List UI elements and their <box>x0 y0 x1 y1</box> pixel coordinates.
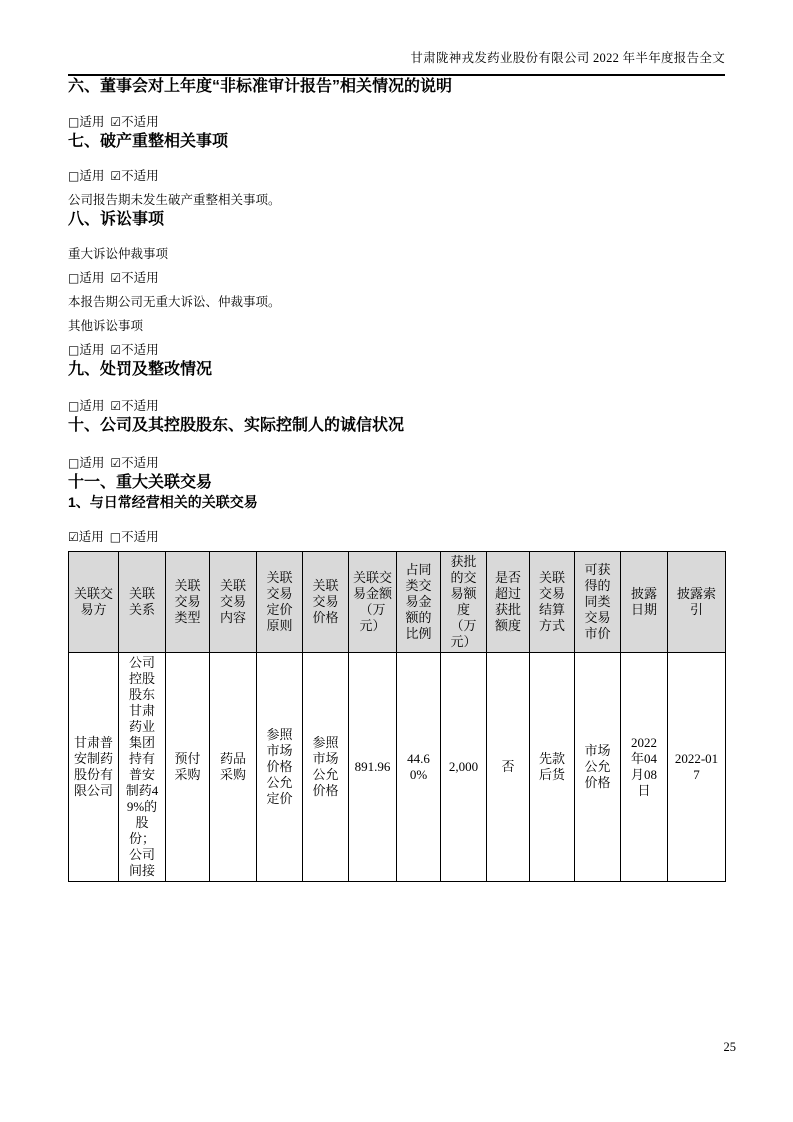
checkbox-unchecked-icon: □ <box>68 169 79 183</box>
applicable-label: 适用 <box>79 530 104 544</box>
checkbox-checked-icon: ☑ <box>110 115 121 129</box>
not-applicable-label: 不适用 <box>121 115 159 129</box>
not-applicable-label: 不适用 <box>121 271 159 285</box>
table-cell-type: 预付采购 <box>166 653 210 882</box>
applicable-label: 适用 <box>79 343 104 357</box>
table-header-cell: 占同类交易金额的比例 <box>397 552 441 653</box>
table-row: 甘肃普安制药股份有限公司 公司控股股东甘肃药业集团持有普安制药49%的股份；公司… <box>69 653 726 882</box>
table-cell-amount: 891.96 <box>349 653 397 882</box>
not-applicable-label: 不适用 <box>121 399 159 413</box>
page-number: 25 <box>724 1040 737 1055</box>
major-litigation-label: 重大诉讼仲裁事项 <box>68 246 725 263</box>
applicable-label: 适用 <box>79 271 104 285</box>
checkbox-checked-icon: ☑ <box>68 530 79 544</box>
table-header-cell: 关联关系 <box>119 552 166 653</box>
checkbox-unchecked-icon: □ <box>68 115 79 129</box>
section-9-applicability: □适用☑不适用 <box>68 398 725 415</box>
document-page: 甘肃陇神戎发药业股份有限公司 2022 年半年度报告全文 六、董事会对上年度“非… <box>0 0 793 882</box>
not-applicable-label: 不适用 <box>121 343 159 357</box>
related-transactions-table: 关联交易方 关联关系 关联交易类型 关联交易内容 关联交易定价原则 关联交易价格… <box>68 551 726 882</box>
table-cell-approved-quota: 2,000 <box>441 653 487 882</box>
table-cell-disclosure-index: 2022-017 <box>668 653 726 882</box>
applicable-label: 适用 <box>79 169 104 183</box>
section-6-heading: 六、董事会对上年度“非标准审计报告”相关情况的说明 <box>68 76 725 97</box>
checkbox-checked-icon: ☑ <box>110 456 121 470</box>
checkbox-unchecked-icon: □ <box>68 399 79 413</box>
section-11-heading: 十一、重大关联交易 <box>68 472 725 493</box>
table-cell-pricing-principle: 参照市场价格公允定价 <box>257 653 303 882</box>
table-header-cell: 关联交易类型 <box>166 552 210 653</box>
report-header-title: 甘肃陇神戎发药业股份有限公司 2022 年半年度报告全文 <box>68 50 725 66</box>
table-header-cell: 获批的交易额度（万元） <box>441 552 487 653</box>
table-header-cell: 是否超过获批额度 <box>487 552 530 653</box>
applicable-label: 适用 <box>79 456 104 470</box>
table-cell-exceeds-quota: 否 <box>487 653 530 882</box>
table-header-cell: 关联交易价格 <box>303 552 349 653</box>
table-cell-settlement: 先款后货 <box>530 653 575 882</box>
table-header-cell: 关联交易方 <box>69 552 119 653</box>
table-header-cell: 披露日期 <box>621 552 668 653</box>
table-cell-market-price: 市场公允价格 <box>575 653 621 882</box>
table-cell-relationship: 公司控股股东甘肃药业集团持有普安制药49%的股份；公司间接 <box>119 653 166 882</box>
section-6-applicability: □适用☑不适用 <box>68 114 725 131</box>
checkbox-unchecked-icon: □ <box>110 530 121 544</box>
checkbox-checked-icon: ☑ <box>110 343 121 357</box>
section-7-heading: 七、破产重整相关事项 <box>68 131 725 152</box>
table-cell-proportion: 44.60% <box>397 653 441 882</box>
checkbox-checked-icon: ☑ <box>110 399 121 413</box>
section-10-heading: 十、公司及其控股股东、实际控制人的诚信状况 <box>68 415 725 436</box>
other-litigation-label: 其他诉讼事项 <box>68 318 725 335</box>
checkbox-unchecked-icon: □ <box>68 343 79 357</box>
table-cell-party: 甘肃普安制药股份有限公司 <box>69 653 119 882</box>
section-8-applicability-2: □适用☑不适用 <box>68 342 725 359</box>
table-cell-content: 药品采购 <box>210 653 257 882</box>
checkbox-unchecked-icon: □ <box>68 271 79 285</box>
section-9-heading: 九、处罚及整改情况 <box>68 359 725 380</box>
checkbox-checked-icon: ☑ <box>110 169 121 183</box>
table-header-cell: 关联交易内容 <box>210 552 257 653</box>
not-applicable-label: 不适用 <box>121 169 159 183</box>
checkbox-unchecked-icon: □ <box>68 456 79 470</box>
section-11-sub1-heading: 1、与日常经营相关的关联交易 <box>68 493 725 512</box>
section-7-applicability: □适用☑不适用 <box>68 168 725 185</box>
not-applicable-label: 不适用 <box>121 456 159 470</box>
applicable-label: 适用 <box>79 399 104 413</box>
section-8-note: 本报告期公司无重大诉讼、仲裁事项。 <box>68 294 725 311</box>
section-8-heading: 八、诉讼事项 <box>68 209 725 230</box>
section-10-applicability: □适用☑不适用 <box>68 455 725 472</box>
applicable-label: 适用 <box>79 115 104 129</box>
table-header-cell: 关联交易金额（万元） <box>349 552 397 653</box>
table-cell-price: 参照市场公允价格 <box>303 653 349 882</box>
table-header-cell: 可获得的同类交易市价 <box>575 552 621 653</box>
section-8-applicability-1: □适用☑不适用 <box>68 270 725 287</box>
table-header-cell: 披露索引 <box>668 552 726 653</box>
table-cell-disclosure-date: 2022年04月08日 <box>621 653 668 882</box>
table-header-cell: 关联交易结算方式 <box>530 552 575 653</box>
not-applicable-label: 不适用 <box>121 530 159 544</box>
table-header-cell: 关联交易定价原则 <box>257 552 303 653</box>
section-11-applicability: ☑适用□不适用 <box>68 529 725 546</box>
section-7-note: 公司报告期未发生破产重整相关事项。 <box>68 192 725 209</box>
checkbox-checked-icon: ☑ <box>110 271 121 285</box>
table-header-row: 关联交易方 关联关系 关联交易类型 关联交易内容 关联交易定价原则 关联交易价格… <box>69 552 726 653</box>
